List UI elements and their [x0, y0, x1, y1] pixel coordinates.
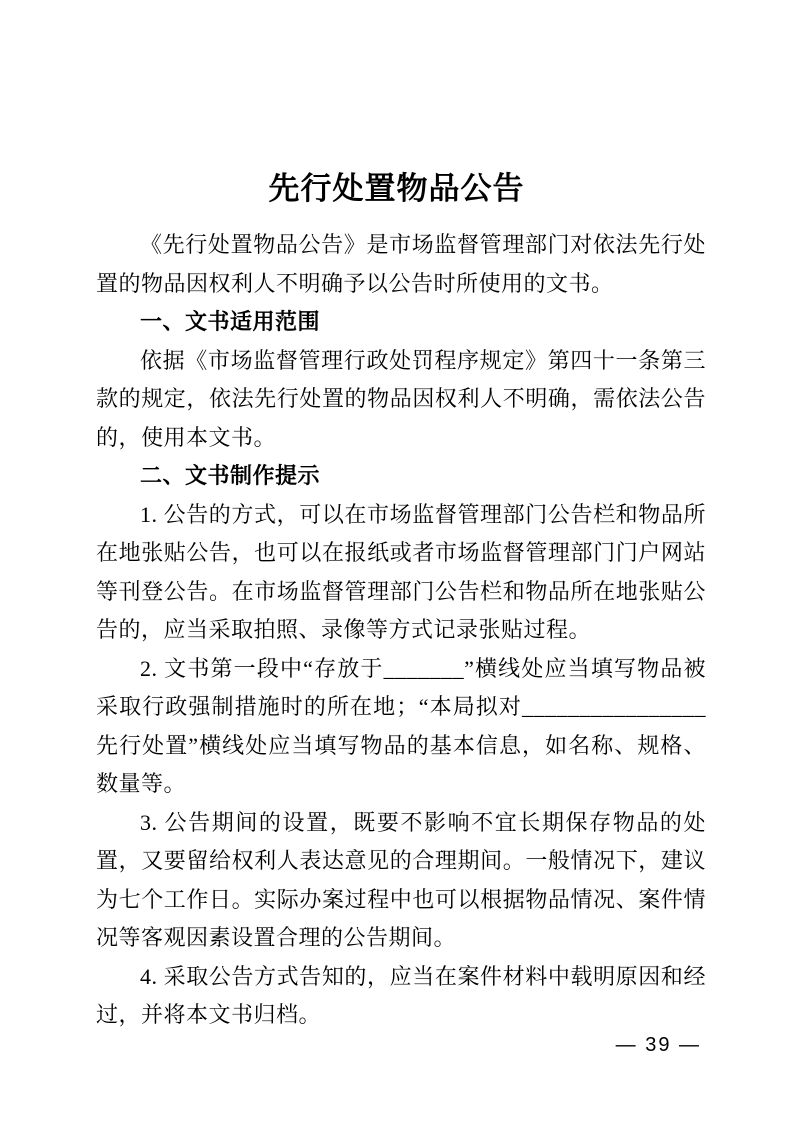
page-title: 先行处置物品公告	[0, 163, 793, 208]
tip-paragraph-1: 1. 公告的方式，可以在市场监督管理部门公告栏和物品所在地张贴公告，也可以在报纸…	[96, 496, 706, 650]
page-number: — 39 —	[616, 1034, 701, 1057]
tip-paragraph-3: 3. 公告期间的设置，既要不影响不宜长期保存物品的处置，又要留给权利人表达意见的…	[96, 804, 706, 958]
tip-paragraph-2: 2. 文书第一段中“存放于_______”横线处应当填写物品被采取行政强制措施时…	[96, 650, 706, 804]
section-heading-tips: 二、文书制作提示	[96, 457, 706, 496]
tip-paragraph-4: 4. 采取公告方式告知的，应当在案件材料中载明原因和经过，并将本文书归档。	[96, 958, 706, 1035]
intro-paragraph: 《先行处置物品公告》是市场监督管理部门对依法先行处置的物品因权利人不明确予以公告…	[96, 226, 706, 303]
section-heading-scope: 一、文书适用范围	[96, 303, 706, 342]
document-body: 《先行处置物品公告》是市场监督管理部门对依法先行处置的物品因权利人不明确予以公告…	[96, 226, 706, 1035]
document-page: 先行处置物品公告 《先行处置物品公告》是市场监督管理部门对依法先行处置的物品因权…	[0, 0, 793, 1122]
scope-paragraph: 依据《市场监督管理行政处罚程序规定》第四十一条第三款的规定，依法先行处置的物品因…	[96, 342, 706, 458]
